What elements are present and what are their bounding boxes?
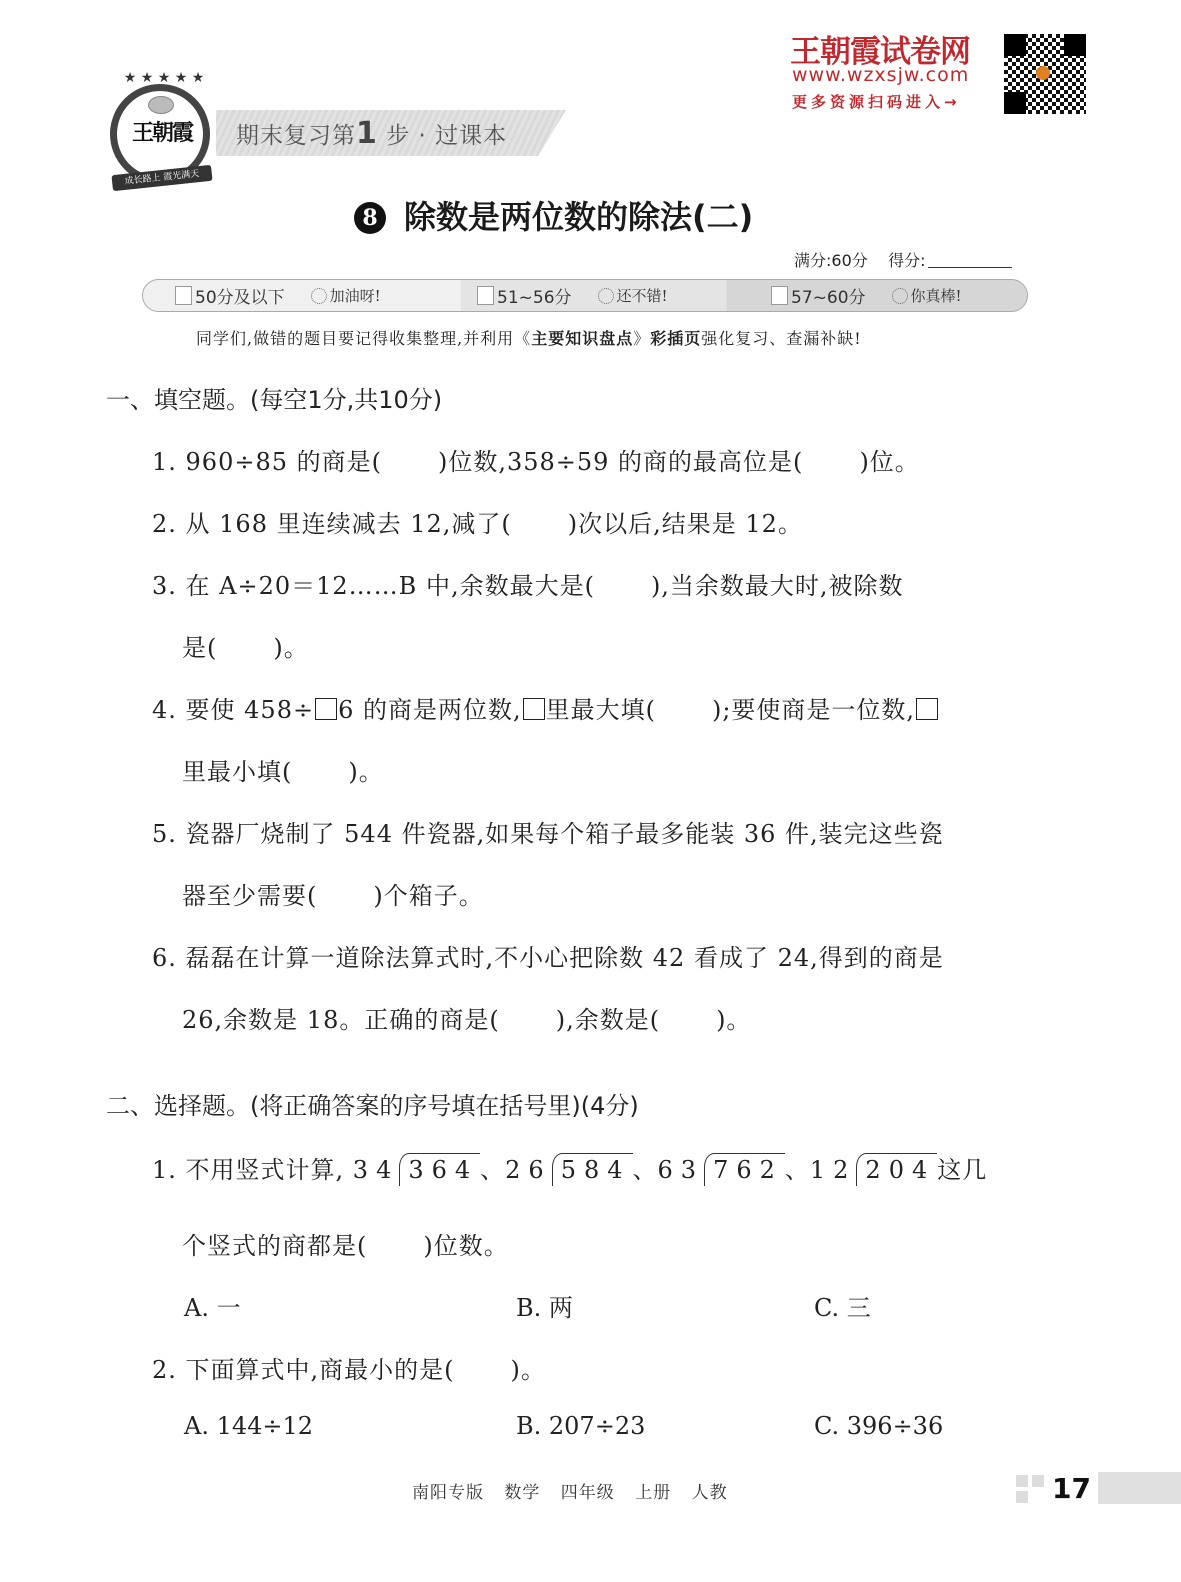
question-text: 5. 瓷器厂烧制了 544 件瓷器,如果每个箱子最多能装 36 件,装完这些瓷 xyxy=(152,820,944,848)
question-text: )位数,358÷59 的商的最高位是( xyxy=(438,448,803,476)
question-text: 、 xyxy=(785,1156,810,1184)
question-text: 6 的商是两位数, xyxy=(338,696,522,724)
question-1-4: 4. 要使 458÷6 的商是两位数,里最大填();要使商是一位数, xyxy=(152,690,939,725)
portrait-icon xyxy=(148,96,174,114)
question-2-1-cont: 个竖式的商都是()位数。 xyxy=(182,1226,509,1261)
question-text: )。 xyxy=(511,1356,546,1384)
question-1-3-cont: 是()。 xyxy=(182,628,309,663)
option-c[interactable]: C. 三 xyxy=(814,1288,871,1323)
rating-option-mid[interactable]: 51~56分 还不错! xyxy=(477,283,771,308)
publisher-logo: ★ ★ ★ ★ ★ 王朝霞 成长路上 霞光满天 xyxy=(106,66,216,190)
question-text: )。 xyxy=(716,1006,751,1034)
page-deco-square xyxy=(1016,1491,1028,1503)
happy-face-icon xyxy=(892,288,908,304)
question-text: 、 xyxy=(480,1156,505,1184)
option-b[interactable]: B. 207÷23 xyxy=(516,1412,645,1440)
digit-box xyxy=(916,698,938,720)
option-c[interactable]: C. 396÷36 xyxy=(814,1412,943,1440)
option-b[interactable]: B. 两 xyxy=(516,1288,573,1323)
tip-text: 强化复习、查漏补缺! xyxy=(701,329,861,348)
score-input[interactable] xyxy=(928,253,1012,268)
full-score: 满分:60分 xyxy=(794,251,868,270)
sad-face-icon xyxy=(311,288,327,304)
digit-box xyxy=(315,698,337,720)
study-tip: 同学们,做错的题目要记得收集整理,并利用《主要知识盘点》彩插页强化复习、查漏补缺… xyxy=(196,326,862,349)
score-line: 满分:60分 得分: xyxy=(794,248,1012,271)
question-text: )。 xyxy=(273,634,308,662)
page-deco-square xyxy=(1016,1475,1028,1487)
question-1-5: 5. 瓷器厂烧制了 544 件瓷器,如果每个箱子最多能装 36 件,装完这些瓷 xyxy=(152,814,944,849)
smile-face-icon xyxy=(598,288,614,304)
page-number: 17 xyxy=(1052,1472,1091,1505)
checkbox[interactable] xyxy=(477,286,494,305)
question-text: 4. 要使 458÷ xyxy=(152,696,314,724)
long-division-bracket: 364 xyxy=(399,1153,480,1186)
question-text: )个箱子。 xyxy=(373,882,483,910)
question-2-2: 2. 下面算式中,商最小的是()。 xyxy=(152,1350,546,1385)
question-text: 是( xyxy=(182,634,217,662)
tip-text: 》 xyxy=(633,329,650,348)
checkbox[interactable] xyxy=(771,286,788,305)
question-text: )。 xyxy=(348,758,383,786)
tip-text: 同学们,做错的题目要记得收集整理,并利用《 xyxy=(196,329,531,348)
digit-box xyxy=(523,698,545,720)
rating-range: 57~60分 xyxy=(791,283,866,308)
long-division-bracket: 204 xyxy=(856,1153,937,1186)
logo-name: 王朝霞 xyxy=(120,116,204,147)
lesson-number-badge: 8 xyxy=(354,202,386,234)
question-text: 26,余数是 18。正确的商是( xyxy=(182,1006,500,1034)
star-icon: ★ ★ ★ ★ ★ xyxy=(116,66,212,90)
page-deco-bar xyxy=(1098,1472,1181,1504)
rating-comment: 还不错! xyxy=(617,285,668,306)
question-text: 2. 下面算式中,商最小的是( xyxy=(152,1356,455,1384)
rating-option-high[interactable]: 57~60分 你真棒! xyxy=(771,283,962,308)
question-text: ),当余数最大时,被除数 xyxy=(651,572,904,600)
question-1-6: 6. 磊磊在计算一道除法算式时,不小心把除数 42 看成了 24,得到的商是 xyxy=(152,938,944,973)
brand-url[interactable]: www.wzxsjw.com xyxy=(792,64,969,86)
question-text: 6. 磊磊在计算一道除法算式时,不小心把除数 42 看成了 24,得到的商是 xyxy=(152,944,944,972)
divisor: 26 xyxy=(505,1156,552,1184)
question-1-4-cont: 里最小填()。 xyxy=(182,752,384,787)
question-1-2: 2. 从 168 里连续减去 12,减了()次以后,结果是 12。 xyxy=(152,504,803,539)
question-1-5-cont: 器至少需要()个箱子。 xyxy=(182,876,484,911)
question-text: 里最大填( xyxy=(546,696,656,724)
rating-comment: 你真棒! xyxy=(911,285,962,306)
question-1-1: 1. 960÷85 的商是()位数,358÷59 的商的最高位是()位。 xyxy=(152,442,920,477)
tip-bold: 主要知识盘点 xyxy=(531,329,633,348)
question-2-1: 1. 不用竖式计算, 34364、26584、63762、12204这几 xyxy=(152,1150,987,1186)
rating-comment: 加油呀! xyxy=(330,285,381,306)
long-division-bracket: 762 xyxy=(704,1153,785,1186)
question-text: 1. 不用竖式计算, xyxy=(152,1156,344,1184)
option-a[interactable]: A. 144÷12 xyxy=(184,1412,313,1440)
option-a[interactable]: A. 一 xyxy=(184,1288,241,1323)
question-text: ),余数是( xyxy=(556,1006,660,1034)
rating-option-low[interactable]: 50分及以下 加油呀! xyxy=(175,283,471,308)
question-text: 里最小填( xyxy=(182,758,292,786)
title-text: 除数是两位数的除法(二) xyxy=(404,198,753,236)
header-banner-text: 期末复习第1 步 · 过课本 xyxy=(236,116,507,151)
question-text: )位数。 xyxy=(423,1232,508,1260)
question-text: 个竖式的商都是( xyxy=(182,1232,367,1260)
banner-pre: 期末复习第 xyxy=(236,123,356,149)
footer-edition: 南阳专版 数学 四年级 上册 人教 xyxy=(412,1478,728,1503)
rating-range: 50分及以下 xyxy=(195,283,285,308)
banner-step-number: 1 xyxy=(356,116,378,151)
question-text: 这几 xyxy=(937,1156,987,1184)
question-text: 、 xyxy=(633,1156,658,1184)
question-text: )次以后,结果是 12。 xyxy=(568,510,803,538)
question-text: );要使商是一位数, xyxy=(712,696,915,724)
question-text: 1. 960÷85 的商是( xyxy=(152,448,382,476)
section-2-heading: 二、选择题。(将正确答案的序号填在括号里)(4分) xyxy=(106,1086,639,1121)
rating-range: 51~56分 xyxy=(497,283,572,308)
question-1-6-cont: 26,余数是 18。正确的商是(),余数是()。 xyxy=(182,1000,751,1035)
brand-subtitle: 更多资源扫码进入→ xyxy=(792,91,961,112)
self-rating-bar: 50分及以下 加油呀! 51~56分 还不错! 57~60分 你真棒! xyxy=(142,279,1028,312)
question-text: )位。 xyxy=(859,448,919,476)
question-text: 3. 在 A÷20＝12……B 中,余数最大是( xyxy=(152,572,595,600)
question-text: 2. 从 168 里连续减去 12,减了( xyxy=(152,510,512,538)
section-1-heading: 一、填空题。(每空1分,共10分) xyxy=(106,380,442,415)
page-deco-square xyxy=(1032,1475,1044,1487)
page-title: 8除数是两位数的除法(二) xyxy=(354,192,753,238)
qr-center-logo-icon xyxy=(1036,66,1050,80)
question-text: 器至少需要( xyxy=(182,882,317,910)
long-division-bracket: 584 xyxy=(552,1153,633,1186)
divisor: 34 xyxy=(353,1156,400,1184)
question-1-3: 3. 在 A÷20＝12……B 中,余数最大是(),当余数最大时,被除数 xyxy=(152,566,904,601)
divisor: 12 xyxy=(810,1156,857,1184)
banner-post: 步 · 过课本 xyxy=(386,123,507,149)
divisor: 63 xyxy=(658,1156,705,1184)
checkbox[interactable] xyxy=(175,286,192,305)
score-label: 得分: xyxy=(888,251,925,270)
tip-bold: 彩插页 xyxy=(650,329,701,348)
